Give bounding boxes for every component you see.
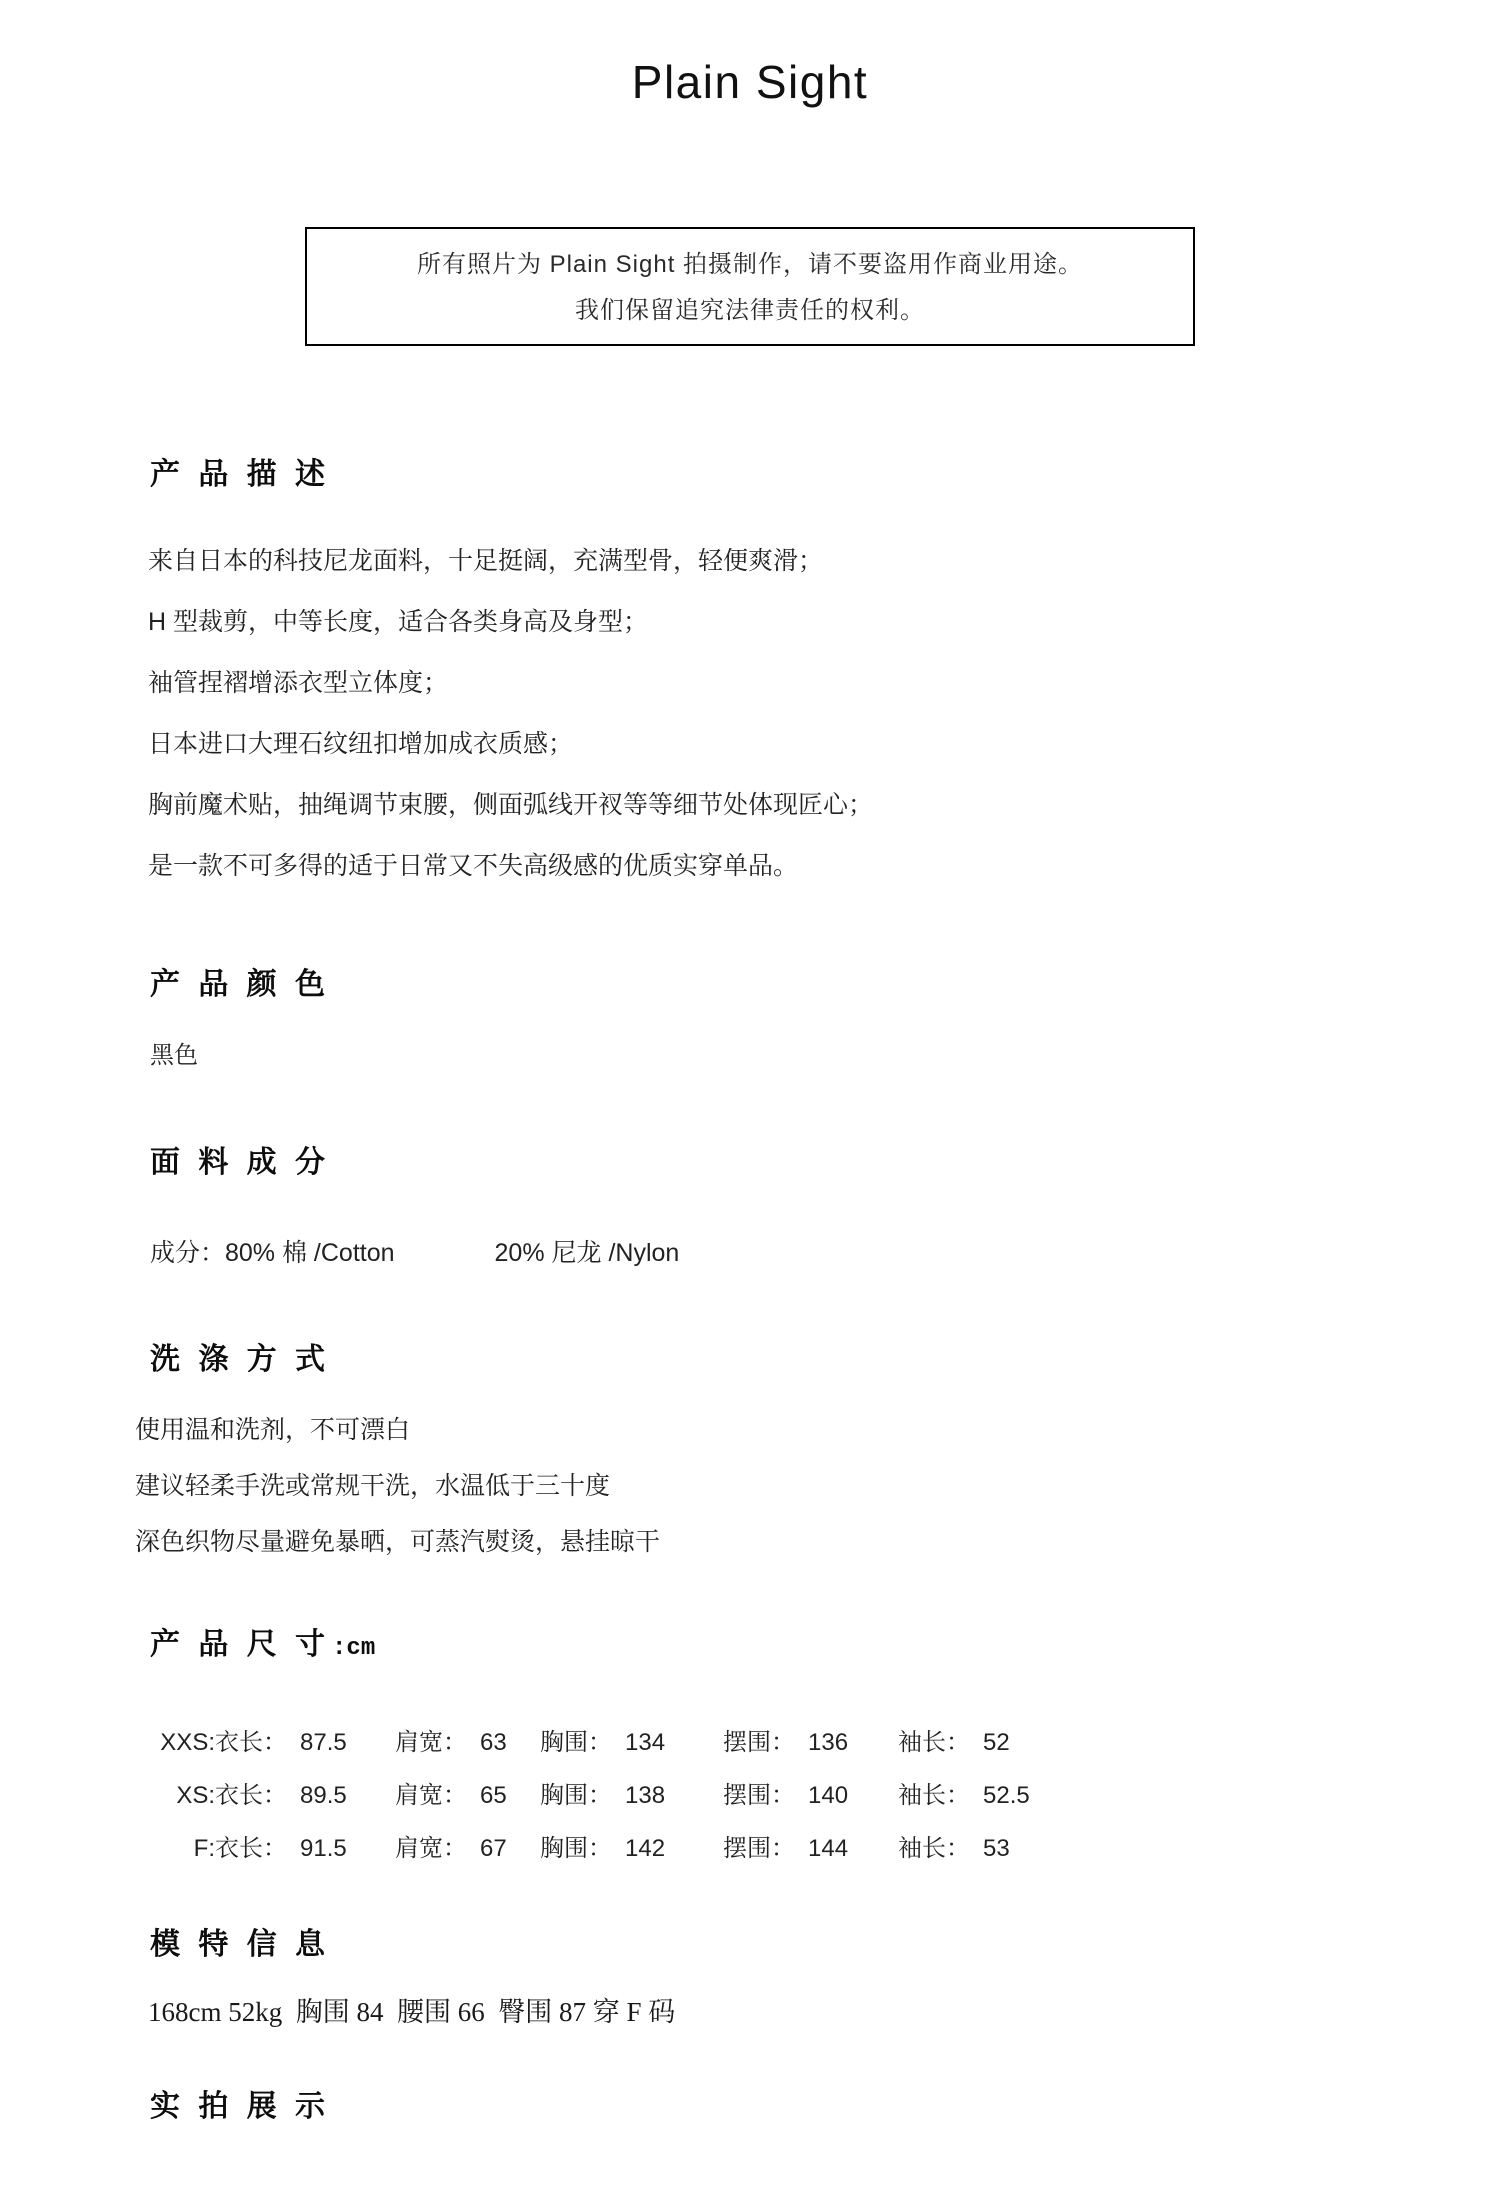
measure-value: 52	[983, 1716, 1010, 1769]
measure-label: 袖长：	[898, 1716, 970, 1769]
size-label: XXS:	[135, 1716, 215, 1769]
measure-label: 袖长：	[898, 1769, 970, 1822]
size-table: XXS: 衣长：87.5 肩宽：63 胸围：134 摆围：136 袖长：52 X…	[135, 1716, 1058, 1875]
section-heading-model-info: 模 特 信 息	[150, 1930, 330, 1960]
measure-value: 138	[625, 1769, 665, 1822]
size-cell-length: 衣长：87.5	[215, 1716, 395, 1769]
section-heading-product-color: 产 品 颜 色	[150, 970, 330, 1000]
description-line: 袖管捏褶增添衣型立体度；	[148, 653, 873, 714]
measure-value: 65	[480, 1769, 507, 1822]
measure-label: 摆围：	[723, 1769, 795, 1822]
model-info-value: 168cm 52kg 胸围 84 腰围 66 臀围 87 穿 F 码	[148, 1995, 675, 2030]
section-heading-product-size: 产 品 尺 寸:cm	[150, 1630, 375, 1661]
size-cell-hem: 摆围：136	[723, 1716, 898, 1769]
description-line: H 型裁剪，中等长度，适合各类身高及身型；	[148, 592, 873, 653]
size-cell-shoulder: 肩宽：67	[395, 1822, 540, 1875]
measure-value: 134	[625, 1716, 665, 1769]
size-label: F:	[135, 1822, 215, 1875]
size-cell-bust: 胸围：138	[540, 1769, 723, 1822]
size-cell-bust: 胸围：134	[540, 1716, 723, 1769]
size-row-xs: XS: 衣长：89.5 肩宽：65 胸围：138 摆围：140 袖长：52.5	[135, 1769, 1058, 1822]
product-description-lines: 来自日本的科技尼龙面料，十足挺阔，充满型骨，轻便爽滑； H 型裁剪，中等长度，适…	[148, 531, 873, 897]
size-cell-sleeve: 袖长：52.5	[898, 1769, 1058, 1822]
size-cell-shoulder: 肩宽：65	[395, 1769, 540, 1822]
size-cell-hem: 摆围：144	[723, 1822, 898, 1875]
copyright-notice-box: 所有照片为 Plain Sight 拍摄制作，请不要盗用作商业用途。 我们保留追…	[305, 227, 1195, 346]
copyright-notice-line-2: 我们保留追究法律责任的权利。	[307, 288, 1193, 334]
size-row-xxs: XXS: 衣长：87.5 肩宽：63 胸围：134 摆围：136 袖长：52	[135, 1716, 1058, 1769]
size-cell-length: 衣长：91.5	[215, 1822, 395, 1875]
measure-label: 肩宽：	[395, 1716, 467, 1769]
product-size-heading-text: 产 品 尺 寸	[150, 1628, 330, 1661]
size-cell-shoulder: 肩宽：63	[395, 1716, 540, 1769]
measure-value: 52.5	[983, 1769, 1030, 1822]
measure-value: 63	[480, 1716, 507, 1769]
size-cell-length: 衣长：89.5	[215, 1769, 395, 1822]
measure-value: 136	[808, 1716, 848, 1769]
size-cell-bust: 胸围：142	[540, 1822, 723, 1875]
measure-label: 衣长：	[215, 1822, 287, 1875]
measure-label: 衣长：	[215, 1716, 287, 1769]
size-label: XS:	[135, 1769, 215, 1822]
measure-value: 144	[808, 1822, 848, 1875]
section-heading-fabric-composition: 面 料 成 分	[150, 1148, 330, 1178]
product-size-unit: :cm	[332, 1635, 375, 1662]
description-line: 来自日本的科技尼龙面料，十足挺阔，充满型骨，轻便爽滑；	[148, 531, 873, 592]
washing-line: 使用温和洗剂，不可漂白	[135, 1402, 660, 1458]
measure-value: 142	[625, 1822, 665, 1875]
measure-label: 胸围：	[540, 1822, 612, 1875]
measure-value: 140	[808, 1769, 848, 1822]
measure-value: 89.5	[300, 1769, 347, 1822]
size-cell-sleeve: 袖长：52	[898, 1716, 1058, 1769]
size-cell-hem: 摆围：140	[723, 1769, 898, 1822]
measure-value: 67	[480, 1822, 507, 1875]
size-row-f: F: 衣长：91.5 肩宽：67 胸围：142 摆围：144 袖长：53	[135, 1822, 1058, 1875]
measure-label: 摆围：	[723, 1822, 795, 1875]
copyright-notice-line-1: 所有照片为 Plain Sight 拍摄制作，请不要盗用作商业用途。	[307, 242, 1193, 288]
measure-value: 53	[983, 1822, 1010, 1875]
measure-label: 肩宽：	[395, 1822, 467, 1875]
washing-line: 深色织物尽量避免暴晒，可蒸汽熨烫，悬挂晾干	[135, 1514, 660, 1570]
measure-label: 衣长：	[215, 1769, 287, 1822]
measure-label: 胸围：	[540, 1769, 612, 1822]
size-cell-sleeve: 袖长：53	[898, 1822, 1058, 1875]
page-title: Plain Sight	[0, 55, 1500, 110]
section-heading-photo-gallery: 实 拍 展 示	[150, 2092, 330, 2122]
measure-value: 91.5	[300, 1822, 347, 1875]
washing-instruction-lines: 使用温和洗剂，不可漂白 建议轻柔手洗或常规干洗，水温低于三十度 深色织物尽量避免…	[135, 1402, 660, 1570]
product-color-value: 黑色	[150, 1040, 198, 1071]
description-line: 日本进口大理石纹纽扣增加成衣质感；	[148, 714, 873, 775]
measure-value: 87.5	[300, 1716, 347, 1769]
measure-label: 摆围：	[723, 1716, 795, 1769]
measure-label: 袖长：	[898, 1822, 970, 1875]
section-heading-washing-instructions: 洗 涤 方 式	[150, 1345, 330, 1375]
washing-line: 建议轻柔手洗或常规干洗，水温低于三十度	[135, 1458, 660, 1514]
measure-label: 肩宽：	[395, 1769, 467, 1822]
description-line: 胸前魔术贴，抽绳调节束腰，侧面弧线开衩等等细节处体现匠心；	[148, 775, 873, 836]
description-line: 是一款不可多得的适于日常又不失高级感的优质实穿单品。	[148, 836, 873, 897]
fabric-composition-value: 成分：80% 棉 /Cotton 20% 尼龙 /Nylon	[150, 1237, 679, 1270]
measure-label: 胸围：	[540, 1716, 612, 1769]
product-detail-page: Plain Sight 所有照片为 Plain Sight 拍摄制作，请不要盗用…	[0, 0, 1500, 2192]
section-heading-product-description: 产 品 描 述	[150, 460, 330, 490]
